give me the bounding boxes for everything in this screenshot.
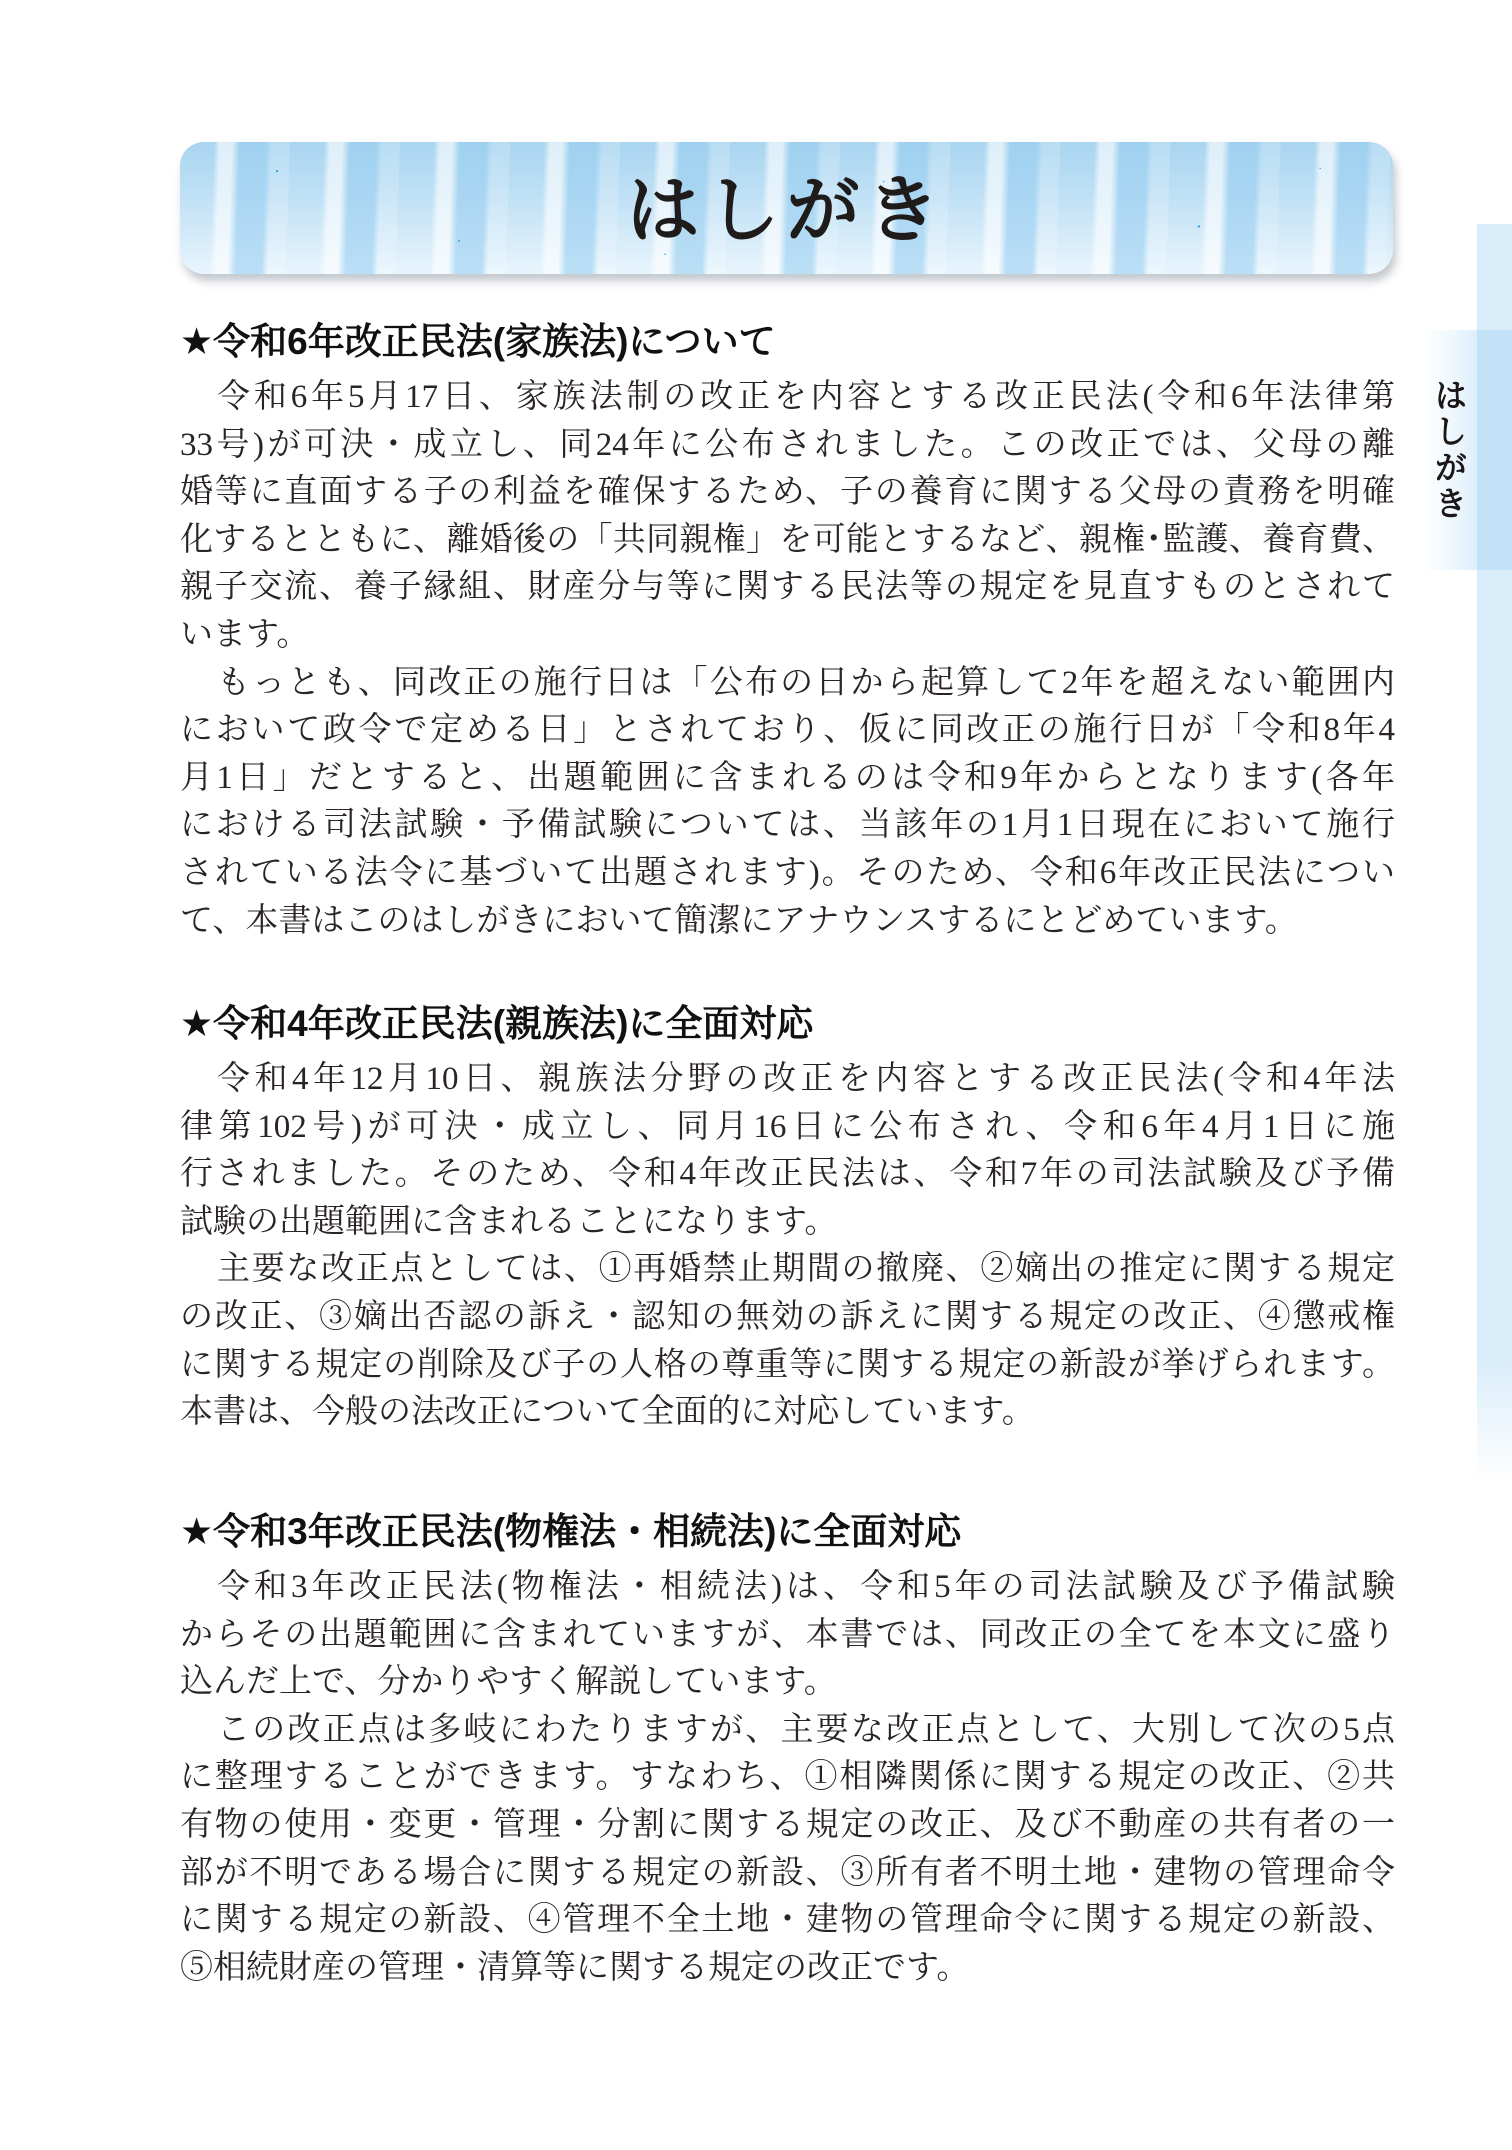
- paragraph: 令和6年5月17日、家族法制の改正を内容とする改正民法(令和6年法律第 33号)…: [180, 374, 1395, 660]
- edge-strip-accent: [1477, 330, 1512, 570]
- section-heading: ★令和6年改正民法(家族法)について: [180, 318, 1395, 366]
- section-heading: ★令和3年改正民法(物権法・相続法)に全面対応: [180, 1508, 1395, 1556]
- text-line: に関する規定の新設、④管理不全土地・建物の管理命令に関する規定の新設、: [180, 1897, 1395, 1945]
- paragraph: 令和4年12月10日、親族法分野の改正を内容とする改正民法(令和4年法 律第10…: [180, 1056, 1395, 1246]
- chapter-banner: はしがき: [180, 142, 1393, 274]
- section-reiwa6-kaisei: ★令和6年改正民法(家族法)について 令和6年5月17日、家族法制の改正を内容と…: [180, 318, 1395, 945]
- text-line: 主要な改正点としては、①再婚禁止期間の撤廃、②嫡出の推定に関する規定: [180, 1246, 1395, 1294]
- text-line: 月1日」だとすると、出題範囲に含まれるのは令和9年からとなります(各年: [180, 755, 1395, 803]
- text-line: 部が不明である場合に関する規定の新設、③所有者不明土地・建物の管理命令: [180, 1850, 1395, 1898]
- text-line: 令和4年12月10日、親族法分野の改正を内容とする改正民法(令和4年法: [180, 1056, 1395, 1104]
- text-line: 本書は、今般の法改正について全面的に対応しています。: [180, 1389, 1395, 1437]
- paragraph: この改正点は多岐にわたりますが、主要な改正点として、大別して次の5点 に整理する…: [180, 1707, 1395, 1993]
- paragraph: もっとも、同改正の施行日は「公布の日から起算して2年を超えない範囲内 において政…: [180, 660, 1395, 946]
- text-line: 令和3年改正民法(物権法・相続法)は、令和5年の司法試験及び予備試験: [180, 1564, 1395, 1612]
- page: はしがき はしがき ★令和6年改正民法(家族法)について 令和6年5月17日、家…: [0, 0, 1512, 2150]
- section-reiwa4-kaisei: ★令和4年改正民法(親族法)に全面対応 令和4年12月10日、親族法分野の改正を…: [180, 1000, 1395, 1437]
- text-line: 婚等に直面する子の利益を確保するため、子の養育に関する父母の責務を明確: [180, 469, 1395, 517]
- text-line: 令和6年5月17日、家族法制の改正を内容とする改正民法(令和6年法律第: [180, 374, 1395, 422]
- edge-strip-top: [1477, 224, 1512, 330]
- sidebar-tab-label: はしがき: [1433, 378, 1466, 522]
- sidebar-tab-hashigaki: はしがき: [1421, 330, 1477, 570]
- text-line: における司法試験・予備試験については、当該年の1月1日現在において施行: [180, 802, 1395, 850]
- text-line: 33号)が可決・成立し、同24年に公布されました。この改正では、父母の離: [180, 422, 1395, 470]
- text-line: に関する規定の削除及び子の人格の尊重等に関する規定の新設が挙げられます。: [180, 1342, 1395, 1390]
- section-heading: ★令和4年改正民法(親族法)に全面対応: [180, 1000, 1395, 1048]
- paragraph: 令和3年改正民法(物権法・相続法)は、令和5年の司法試験及び予備試験 からその出…: [180, 1564, 1395, 1707]
- text-line: されている法令に基づいて出題されます)。そのため、令和6年改正民法につい: [180, 850, 1395, 898]
- page-title: はしがき: [627, 170, 947, 247]
- text-line: 律第102号)が可決・成立し、同月16日に公布され、令和6年4月1日に施: [180, 1104, 1395, 1152]
- text-line: 有物の使用・変更・管理・分割に関する規定の改正、及び不動産の共有者の一: [180, 1802, 1395, 1850]
- text-line: この改正点は多岐にわたりますが、主要な改正点として、大別して次の5点: [180, 1707, 1395, 1755]
- text-line: 込んだ上で、分かりやすく解説しています。: [180, 1659, 1395, 1707]
- text-line: て、本書はこのはしがきにおいて簡潔にアナウンスするにとどめています。: [180, 898, 1395, 946]
- text-line: 化するとともに、離婚後の「共同親権」を可能とするなど、親権･監護、養育費、: [180, 517, 1395, 565]
- text-line: います。: [180, 612, 1395, 660]
- text-line: において政令で定める日」とされており、仮に同改正の施行日が「令和8年4: [180, 707, 1395, 755]
- text-line: 行されました。そのため、令和4年改正民法は、令和7年の司法試験及び予備: [180, 1151, 1395, 1199]
- text-line: に整理することができます。すなわち、①相隣関係に関する規定の改正、②共: [180, 1754, 1395, 1802]
- text-line: の改正、③嫡出否認の訴え・認知の無効の訴えに関する規定の改正、④懲戒権: [180, 1294, 1395, 1342]
- text-line: 試験の出題範囲に含まれることになります。: [180, 1199, 1395, 1247]
- text-line: からその出題範囲に含まれていますが、本書では、同改正の全てを本文に盛り: [180, 1612, 1395, 1660]
- text-line: 親子交流、養子縁組、財産分与等に関する民法等の規定を見直すものとされて: [180, 564, 1395, 612]
- edge-strip-bottom: [1477, 570, 1512, 1482]
- section-reiwa3-kaisei: ★令和3年改正民法(物権法・相続法)に全面対応 令和3年改正民法(物権法・相続法…: [180, 1508, 1395, 1992]
- text-line: もっとも、同改正の施行日は「公布の日から起算して2年を超えない範囲内: [180, 660, 1395, 708]
- text-line: ⑤相続財産の管理・清算等に関する規定の改正です。: [180, 1945, 1395, 1993]
- paragraph: 主要な改正点としては、①再婚禁止期間の撤廃、②嫡出の推定に関する規定 の改正、③…: [180, 1246, 1395, 1436]
